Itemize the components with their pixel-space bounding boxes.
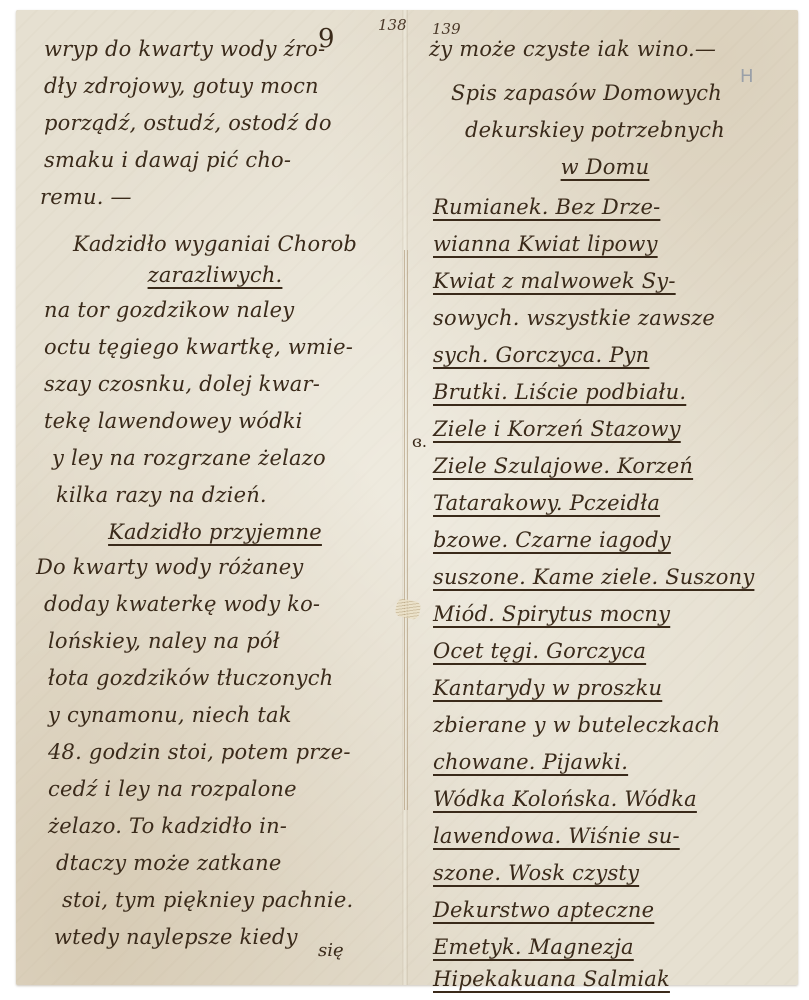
text-line: kilka razy na dzień. [56,482,267,508]
list-line: Kwiat z malwowek Sy- [433,268,676,294]
list-line: Ziele i Korzeń Stazowy [433,416,681,442]
left-page: wryp do kwarty wody źro- dły zdrojowy, g… [30,16,400,976]
text-line: porządź, ostudź, ostodź do [44,110,332,136]
list-line: wianna Kwiat lipowy [433,231,658,257]
text-line: y ley na rozgrzane żelazo [52,445,326,471]
list-line: chowane. Pijawki. [433,749,628,775]
list-entry-text: bzowe. Czarne iagody [433,528,671,552]
text-line: remu. — [40,184,132,210]
right-page: ży może czyste iak wino.— Spis zapasów D… [425,16,785,976]
list-line: lawendowa. Wiśnie su- [433,823,680,849]
text-line: na tor gozdzikow naley [44,297,294,323]
text-line: ży może czyste iak wino.— [429,36,716,62]
heading-underlined-text: w Domu [561,155,650,179]
list-entry-text: sych. Gorczyca. Pyn [433,343,649,367]
list-entry-text: wianna Kwiat lipowy [433,232,658,256]
text-line: wryp do kwarty wody źro- [44,36,325,62]
list-entry-text: Hipekakuana Salmiak [433,967,670,991]
text-line: szay czosnku, dolej kwar- [44,371,320,397]
text-line: lońskiey, naley na pół [48,628,280,654]
list-line: sych. Gorczyca. Pyn [433,342,649,368]
list-entry-text: Brutki. Liście podbiału. [433,380,686,404]
text-line: cedź i ley na rozpalone [48,776,297,802]
list-entry-text: szone. Wosk czysty [433,861,639,885]
text-line: octu tęgiego kwartkę, wmie- [44,334,353,360]
list-line: Rumianek. Bez Drze- [433,194,660,220]
text-line: y cynamonu, niech tak [48,702,292,728]
list-line: Ocet tęgi. Gorczyca [433,638,646,664]
list-line: Brutki. Liście podbiału. [433,379,686,405]
text-line: stoi, tym piękniey pachnie. [62,887,353,913]
list-entry-text: Kantarydy w proszku [433,676,662,700]
list-entry-text: chowane. Pijawki. [433,750,628,774]
text-line: dtaczy może zatkane [56,850,282,876]
list-line: bzowe. Czarne iagody [433,527,671,553]
text-line: Do kwarty wody różaney [36,554,303,580]
list-entry-text: Kwiat z malwowek Sy- [433,269,676,293]
list-line: Emetyk. Magnezja [433,934,634,960]
list-entry-text: lawendowa. Wiśnie su- [433,824,680,848]
text-line: wtedy naylepsze kiedy [54,924,298,950]
binding-stitch [404,250,408,810]
list-entry-text: Ziele Szulajowe. Korzeń [433,454,693,478]
list-entry-text: Wódka Kolońska. Wódka [433,787,697,811]
text-line: doday kwaterkę wody ko- [44,591,320,617]
heading-underlined-text: zarazliwych. [148,263,283,287]
section-heading-underlined: Kadzidło przyjemne [30,519,400,545]
text-line: tekę lawendowey wódki [44,408,303,434]
list-line: Wódka Kolońska. Wódka [433,786,697,812]
heading-underlined-text: Kadzidło przyjemne [108,520,322,544]
text-line: dły zdrojowy, gotuy mocn [44,73,319,99]
list-line: zbierane y w buteleczkach [433,712,720,738]
list-entry-text: Miód. Spirytus mocny [433,602,670,626]
text-line: 48. godzin stoi, potem prze- [48,739,351,765]
list-line: Kantarydy w proszku [433,675,662,701]
list-line: Tatarakowy. Pczeidła [433,490,660,516]
section-heading-underlined: zarazliwych. [30,262,400,288]
list-entry-text: Tatarakowy. Pczeidła [433,491,660,515]
section-heading-underlined: w Domu [425,154,785,180]
list-line: Dekurstwo apteczne [433,897,654,923]
list-line: suszone. Kame ziele. Suszony [433,564,754,590]
list-line: Ziele Szulajowe. Korzeń [433,453,693,479]
list-entry-text: Ocet tęgi. Gorczyca [433,639,646,663]
list-entry-text: Dekurstwo apteczne [433,898,654,922]
list-line: Miód. Spirytus mocny [433,601,670,627]
text-line: łota gozdzików tłuczonych [48,665,333,691]
list-line: Hipekakuana Salmiak [433,966,670,992]
catchword: się [318,940,344,961]
list-entry-text: Ziele i Korzeń Stazowy [433,417,681,441]
list-line: szone. Wosk czysty [433,860,639,886]
list-entry-text: Rumianek. Bez Drze- [433,195,660,219]
list-entry-text: Emetyk. Magnezja [433,935,634,959]
section-heading: dekurskiey potrzebnych [465,117,725,143]
text-line: żelazo. To kadzidło in- [48,813,287,839]
section-heading: Kadzidło wyganiai Chorob [30,231,400,257]
text-line: smaku i dawaj pić cho- [44,147,291,173]
list-line: sowych. wszystkie zawsze [433,305,715,331]
section-heading: Spis zapasów Domowych [451,80,722,106]
list-entry-text: suszone. Kame ziele. Suszony [433,565,754,589]
